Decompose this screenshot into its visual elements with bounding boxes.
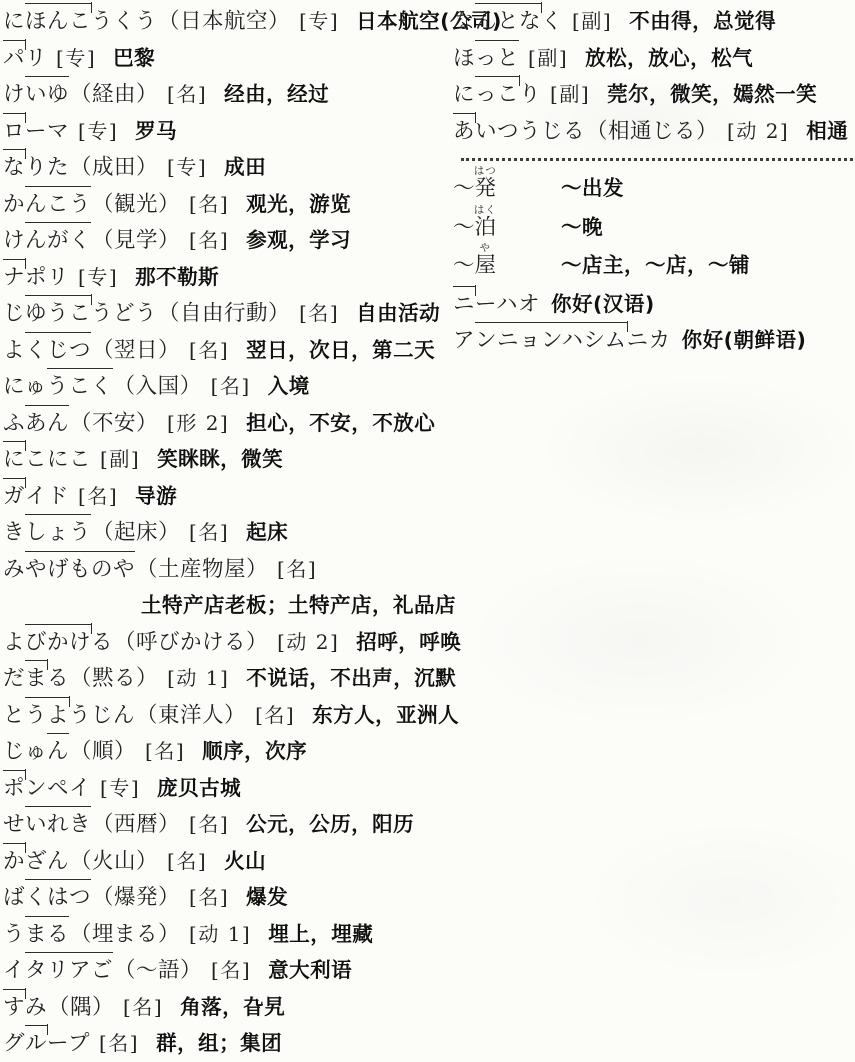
kanji-notation: （〜語） bbox=[114, 958, 202, 983]
kana-word: かざん bbox=[3, 849, 69, 874]
furigana: はく bbox=[474, 204, 497, 216]
kanji-notation: （火山） bbox=[70, 849, 158, 874]
kanji-notation: （東洋人） bbox=[136, 703, 246, 728]
suffix-kanji: 屋 bbox=[475, 253, 497, 278]
kana-word: じゅん bbox=[3, 739, 69, 764]
vocab-entry: にほんこうくう（日本航空）[专]日本航空(公司) bbox=[3, 3, 453, 40]
chinese-meaning: 火山 bbox=[224, 849, 266, 873]
vocab-entry: けいゆ（経由）[名]经由，经过 bbox=[3, 76, 453, 113]
dotted-divider bbox=[461, 158, 853, 161]
pos-tag: [专] bbox=[78, 119, 118, 143]
pos-tag: [名] bbox=[189, 520, 229, 544]
kana-word: にっこり bbox=[453, 82, 541, 107]
kana-segment-accented: ニ bbox=[453, 286, 475, 318]
chinese-meaning: 导游 bbox=[135, 484, 177, 508]
chinese-meaning: 爆发 bbox=[246, 885, 288, 909]
right-column-entries: なんとなく[副]不由得，总觉得ほっと[副]放松，放心，松气にっこり[副]莞尔，微… bbox=[453, 3, 855, 149]
vocab-entry: にこにこ[副]笑眯眯，微笑 bbox=[3, 441, 453, 478]
suffix-entry: 〜泊はく〜晚 bbox=[453, 204, 855, 243]
kana-segment: りた bbox=[25, 150, 69, 181]
chinese-meaning: 埋上，埋藏 bbox=[268, 922, 373, 946]
vocab-entry: よびかける（呼びかける）[动 2]招呼，呼唤 bbox=[3, 624, 453, 661]
vocab-entry: きしょう（起床）[名]起床 bbox=[3, 514, 453, 551]
chinese-meaning: 〜店主，〜店，〜铺 bbox=[561, 248, 750, 278]
vocab-entry: じゆうこうどう（自由行動）[名]自由活动 bbox=[3, 295, 453, 332]
tilde-mark: 〜 bbox=[453, 253, 475, 278]
vocab-entry: イタリアご（〜語）[名]意大利语 bbox=[3, 952, 453, 989]
kana-word: なんとなく bbox=[453, 9, 563, 34]
kanji-notation: （不安） bbox=[70, 411, 158, 436]
pos-tag: [专] bbox=[167, 155, 207, 179]
kanji-notation: （日本航空） bbox=[158, 9, 290, 34]
kanji-notation: （西暦） bbox=[92, 812, 180, 837]
pos-tag: [名] bbox=[189, 228, 229, 252]
vocab-entry: ばくはつ（爆発）[名]爆发 bbox=[3, 879, 453, 916]
kana-segment: こにこ bbox=[25, 442, 91, 473]
vocab-entry: けんがく（見学）[名]参观，学习 bbox=[3, 222, 453, 259]
kana-segment-accented: んこう bbox=[25, 186, 91, 218]
meaning-continuation: 土特产店老板；土特产店，礼品店 bbox=[3, 587, 453, 624]
kana-segment-accented: ゆうこ bbox=[25, 295, 91, 327]
kanji-notation: （順） bbox=[70, 739, 136, 764]
kana-segment-accented: ル bbox=[25, 1025, 47, 1057]
chinese-meaning: 笑眯眯，微笑 bbox=[157, 447, 283, 471]
kana-word: ふあん bbox=[3, 411, 69, 436]
vocab-entry: なりた（成田）[专]成田 bbox=[3, 149, 453, 186]
kana-word: にこにこ bbox=[3, 447, 91, 472]
kana-segment: うじん bbox=[69, 698, 135, 729]
kana-word: きしょう bbox=[3, 520, 91, 545]
kanji-notation: （埋まる） bbox=[70, 922, 180, 947]
kana-segment-accented: な bbox=[3, 149, 25, 181]
pos-tag: [形 2] bbox=[167, 411, 229, 435]
kana-segment-accented: ほんこ bbox=[25, 3, 91, 35]
kana-segment: う bbox=[3, 917, 25, 948]
kana-word: うまる bbox=[3, 922, 69, 947]
kanji-notation: （観光） bbox=[92, 192, 180, 217]
chinese-meaning: 翌日，次日，第二天 bbox=[246, 338, 435, 362]
pos-tag: [副] bbox=[550, 82, 590, 106]
chinese-meaning: 罗马 bbox=[135, 119, 177, 143]
pos-tag: [动 1] bbox=[189, 922, 251, 946]
kana-segment: ば bbox=[3, 880, 25, 911]
phrase-entry: ニーハオ你好(汉语) bbox=[453, 286, 855, 323]
kanji-notation: （呼びかける） bbox=[114, 630, 268, 655]
kana-segment: じゅ bbox=[3, 734, 47, 765]
vocab-entry: よくじつ（翌日）[名]翌日，次日，第二天 bbox=[3, 332, 453, 369]
kana-segment: ープ bbox=[47, 1026, 90, 1057]
kana-word: イタリアご bbox=[3, 958, 113, 983]
kanji-notation: （見学） bbox=[92, 228, 180, 253]
kana-segment: ーマ bbox=[25, 114, 69, 145]
kanji-with-furigana: 泊はく bbox=[475, 215, 497, 240]
suffix-kanji: 泊 bbox=[474, 215, 497, 240]
vocab-entry: あいつうじる（相通じる）[动 2]相通 bbox=[453, 113, 855, 150]
kana-word: けんがく bbox=[3, 228, 91, 253]
chinese-meaning: 相通 bbox=[806, 119, 848, 143]
kanji-notation: （自由行動） bbox=[158, 301, 290, 326]
kana-segment: せ bbox=[3, 807, 25, 838]
vocab-entry: うまる（埋まる）[动 1]埋上，埋藏 bbox=[3, 916, 453, 953]
kana-segment-accented: ロ bbox=[3, 113, 25, 145]
kana-segment-accented: ガ bbox=[3, 478, 25, 510]
vocab-entry: ナポリ[专]那不勒斯 bbox=[3, 259, 453, 296]
kana-segment: いつうじる bbox=[475, 114, 585, 145]
kana-word: ポンペイ bbox=[3, 776, 91, 801]
pos-tag: [名] bbox=[167, 849, 207, 873]
tilde-mark: 〜 bbox=[453, 176, 475, 201]
kana-segment-accented: ナ bbox=[3, 259, 25, 291]
chinese-meaning: 〜出发 bbox=[561, 171, 624, 201]
chinese-meaning: 公元，公历，阳历 bbox=[246, 812, 414, 836]
pos-tag: [副] bbox=[572, 9, 612, 33]
chinese-meaning: 庞贝古城 bbox=[157, 776, 241, 800]
kana-word: だまる bbox=[3, 666, 69, 691]
vocab-entry: せいれき（西暦）[名]公元，公历，阳历 bbox=[3, 806, 453, 843]
kana-segment: グ bbox=[3, 1026, 25, 1057]
kana-word: ほっと bbox=[453, 46, 519, 71]
kana-segment: み bbox=[3, 552, 25, 583]
kana-segment: イド bbox=[25, 479, 69, 510]
chinese-meaning: 担心，不安，不放心 bbox=[246, 411, 435, 435]
kanji-notation: （隅） bbox=[48, 995, 114, 1020]
kana-segment: ポリ bbox=[25, 260, 69, 291]
kanji-notation: （翌日） bbox=[92, 338, 180, 363]
pos-tag: [专] bbox=[56, 46, 96, 70]
chinese-meaning: 招呼，呼唤 bbox=[356, 630, 461, 654]
kana-segment: うどう bbox=[91, 296, 157, 327]
chinese-meaning: 巴黎 bbox=[113, 46, 155, 70]
kanji-notation: （入国） bbox=[114, 374, 202, 399]
pos-tag: [副] bbox=[528, 46, 568, 70]
kana-word: あいつうじる bbox=[453, 119, 585, 144]
kana-word: ナポリ bbox=[3, 265, 69, 290]
pos-tag: [名] bbox=[189, 885, 229, 909]
kana-word: にほんこうくう bbox=[3, 9, 157, 34]
kana-segment-accented: か bbox=[3, 843, 25, 875]
chinese-meaning: 莞尔，微笑，嫣然一笑 bbox=[607, 82, 817, 106]
chinese-meaning: 〜晚 bbox=[561, 210, 603, 240]
pos-tag: [动 2] bbox=[277, 630, 339, 654]
kanji-notation: （成田） bbox=[70, 155, 158, 180]
kana-segment: り bbox=[519, 77, 541, 108]
kana-segment-accented: いれき bbox=[25, 806, 91, 838]
kana-word: よくじつ bbox=[3, 338, 91, 363]
kanji-notation: （土産物屋） bbox=[136, 557, 268, 582]
kana-segment: な bbox=[453, 4, 475, 35]
kana-segment-accented: んとな bbox=[475, 3, 541, 35]
kana-segment: よ bbox=[3, 625, 25, 656]
kana-segment-accented: くじつ bbox=[25, 332, 91, 364]
kana-word: ニーハオ bbox=[453, 292, 540, 317]
kana-segment-accented: あん bbox=[25, 405, 69, 437]
chinese-meaning: 角落，旮旯 bbox=[180, 995, 285, 1019]
vocab-entry: ほっと[副]放松，放心，松气 bbox=[453, 40, 855, 77]
chinese-meaning: 顺序，次序 bbox=[202, 739, 307, 763]
vocab-entry: かんこう（観光）[名]观光，游览 bbox=[3, 186, 453, 223]
kanji-notation: （相通じる） bbox=[586, 119, 718, 144]
pos-tag: [专] bbox=[78, 265, 118, 289]
kana-segment: イ bbox=[3, 953, 25, 984]
suffix-kanji: 発 bbox=[474, 176, 497, 201]
pos-tag: [名] bbox=[277, 557, 317, 581]
chinese-meaning: 不由得，总觉得 bbox=[629, 9, 776, 33]
pos-tag: [名] bbox=[255, 703, 295, 727]
kana-segment: ニカ bbox=[627, 323, 671, 354]
vocab-entry: ガイド[名]导游 bbox=[3, 478, 453, 515]
kana-segment: だ bbox=[3, 661, 25, 692]
pos-tag: [名] bbox=[189, 338, 229, 362]
chinese-meaning: 入境 bbox=[268, 374, 310, 398]
pos-tag: [名] bbox=[211, 958, 251, 982]
kana-word: グループ bbox=[3, 1031, 90, 1056]
chinese-meaning: 意大利语 bbox=[268, 958, 352, 982]
kana-segment: き bbox=[3, 515, 25, 546]
tilde-mark: 〜 bbox=[453, 215, 475, 240]
suffix-word: 〜屋や bbox=[453, 242, 561, 279]
chinese-meaning: 东方人，亚洲人 bbox=[312, 703, 459, 727]
kana-segment: よ bbox=[3, 333, 25, 364]
kana-segment-accented: あ bbox=[453, 113, 475, 145]
pos-tag: [副] bbox=[100, 447, 140, 471]
vocab-entry: だまる（黙る）[动 1]不说话，不出声，沉默 bbox=[3, 660, 453, 697]
vocab-entry: すみ（隅）[名]角落，旮旯 bbox=[3, 989, 453, 1026]
vocab-entry: パリ[专]巴黎 bbox=[3, 40, 453, 77]
kana-segment: と bbox=[3, 698, 25, 729]
kana-segment: け bbox=[3, 223, 25, 254]
vocab-entry: みやげものや（土産物屋）[名] bbox=[3, 551, 453, 588]
kana-segment: ア bbox=[453, 323, 475, 354]
vocab-entry: ローマ[专]罗马 bbox=[3, 113, 453, 150]
pos-tag: [专] bbox=[100, 776, 140, 800]
kanji-with-furigana: 屋や bbox=[475, 253, 497, 278]
kana-segment: にゅ bbox=[3, 369, 47, 400]
pos-tag: [名] bbox=[211, 374, 251, 398]
kana-segment: に bbox=[453, 77, 475, 108]
chinese-meaning: 你好(朝鲜语) bbox=[682, 328, 807, 352]
kanji-notation: （経由） bbox=[70, 82, 158, 107]
pos-tag: [名] bbox=[189, 812, 229, 836]
chinese-meaning: 观光，游览 bbox=[246, 192, 351, 216]
kana-segment-accented: パ bbox=[3, 40, 25, 72]
left-column: にほんこうくう（日本航空）[专]日本航空(公司)パリ[专]巴黎けいゆ（経由）[名… bbox=[3, 3, 453, 1062]
kana-segment-accented: ポ bbox=[3, 770, 25, 802]
vocab-entry: ポンペイ[专]庞贝古城 bbox=[3, 770, 453, 807]
kana-segment-accented: いゆ bbox=[25, 76, 69, 108]
kana-segment-accented: タリアご bbox=[25, 952, 113, 984]
furigana: や bbox=[475, 242, 497, 254]
kana-segment: ほ bbox=[453, 41, 475, 72]
phrase-entry: アンニョンハシムニカ你好(朝鲜语) bbox=[453, 322, 855, 359]
kana-word: にゅうこく bbox=[3, 374, 113, 399]
suffix-word: 〜泊はく bbox=[453, 204, 561, 241]
kana-word: みやげものや bbox=[3, 557, 135, 582]
kana-segment: る bbox=[47, 661, 69, 692]
pos-tag: [名] bbox=[78, 484, 118, 508]
pos-tag: [动 1] bbox=[167, 666, 229, 690]
suffix-word: 〜発はつ bbox=[453, 165, 561, 202]
kana-segment-accented: びかけ bbox=[25, 624, 91, 656]
suffix-section: 〜発はつ〜出发〜泊はく〜晚〜屋や〜店主，〜店，〜铺 bbox=[453, 165, 855, 281]
kana-segment-accented: ンニョンハシム bbox=[475, 322, 627, 354]
kanji-with-furigana: 発はつ bbox=[475, 176, 497, 201]
kana-segment: リ bbox=[25, 41, 47, 72]
kana-word: なりた bbox=[3, 155, 69, 180]
kana-segment-accented: くはつ bbox=[25, 879, 91, 911]
chinese-meaning: 土特产店老板；土特产店，礼品店 bbox=[141, 593, 456, 617]
kana-segment-accented: に bbox=[3, 441, 25, 473]
phrase-section: ニーハオ你好(汉语)アンニョンハシムニカ你好(朝鲜语) bbox=[453, 286, 855, 359]
kana-segment: ふ bbox=[3, 406, 25, 437]
vocab-entry: ふあん（不安）[形 2]担心，不安，不放心 bbox=[3, 405, 453, 442]
kana-word: とうようじん bbox=[3, 703, 135, 728]
suffix-entry: 〜屋や〜店主，〜店，〜铺 bbox=[453, 242, 855, 281]
kana-segment: うくう bbox=[91, 4, 157, 35]
kana-segment: ーハオ bbox=[475, 287, 540, 318]
kana-word: よびかける bbox=[3, 630, 113, 655]
pos-tag: [名] bbox=[299, 301, 339, 325]
chinese-meaning: 你好(汉语) bbox=[551, 292, 655, 316]
kana-segment-accented: うよ bbox=[25, 697, 69, 729]
kana-word: パリ bbox=[3, 46, 47, 71]
chinese-meaning: 参观，学习 bbox=[246, 228, 351, 252]
pos-tag: [名] bbox=[99, 1031, 139, 1055]
kana-word: すみ bbox=[3, 995, 47, 1020]
kana-segment-accented: っと bbox=[475, 40, 519, 72]
kana-segment: じ bbox=[3, 296, 25, 327]
kana-segment-accented: ま bbox=[25, 660, 47, 692]
kana-segment: け bbox=[3, 77, 25, 108]
chinese-meaning: 成田 bbox=[224, 155, 266, 179]
pos-tag: [动 2] bbox=[727, 119, 789, 143]
kana-segment: く bbox=[541, 4, 563, 35]
chinese-meaning: 群，组；集团 bbox=[156, 1031, 282, 1055]
pos-tag: [名] bbox=[145, 739, 185, 763]
pos-tag: [名] bbox=[123, 995, 163, 1019]
furigana: はつ bbox=[474, 165, 497, 177]
kana-word: けいゆ bbox=[3, 82, 69, 107]
kana-word: アンニョンハシムニカ bbox=[453, 328, 671, 353]
chinese-meaning: 经由，经过 bbox=[224, 82, 329, 106]
chinese-meaning: 起床 bbox=[246, 520, 288, 544]
kana-word: ローマ bbox=[3, 119, 69, 144]
kana-segment-accented: っこ bbox=[475, 76, 519, 108]
vocab-page: にほんこうくう（日本航空）[专]日本航空(公司)パリ[专]巴黎けいゆ（経由）[名… bbox=[0, 0, 855, 1062]
suffix-entry: 〜発はつ〜出发 bbox=[453, 165, 855, 204]
chinese-meaning: 不说话，不出声，沉默 bbox=[246, 666, 456, 690]
chinese-meaning: 那不勒斯 bbox=[135, 265, 219, 289]
kana-word: かんこう bbox=[3, 192, 91, 217]
vocab-entry: とうようじん（東洋人）[名]东方人，亚洲人 bbox=[3, 697, 453, 734]
kana-segment-accented: す bbox=[3, 989, 25, 1021]
kana-segment: ンペイ bbox=[25, 771, 91, 802]
kana-word: ガイド bbox=[3, 484, 69, 509]
kana-segment: に bbox=[3, 4, 25, 35]
kana-segment-accented: まる bbox=[25, 916, 69, 948]
kanji-notation: （黙る） bbox=[70, 666, 158, 691]
right-column: なんとなく[副]不由得，总觉得ほっと[副]放松，放心，松气にっこり[副]莞尔，微… bbox=[453, 3, 855, 359]
kanji-notation: （起床） bbox=[92, 520, 180, 545]
kana-word: ばくはつ bbox=[3, 885, 91, 910]
kana-segment: か bbox=[3, 187, 25, 218]
kana-segment-accented: やげものや bbox=[25, 551, 135, 583]
kana-segment-accented: うこく bbox=[47, 368, 113, 400]
chinese-meaning: 放松，放心，松气 bbox=[585, 46, 753, 70]
chinese-meaning: 自由活动 bbox=[356, 301, 440, 325]
vocab-entry: にゅうこく（入国）[名]入境 bbox=[3, 368, 453, 405]
kana-segment: み bbox=[25, 990, 47, 1021]
kana-segment: ざん bbox=[25, 844, 69, 875]
kana-segment: る bbox=[91, 625, 113, 656]
kana-word: じゆうこうどう bbox=[3, 301, 157, 326]
kanji-notation: （爆発） bbox=[92, 885, 180, 910]
kana-segment-accented: ん bbox=[47, 733, 69, 765]
kana-segment-accented: しょう bbox=[25, 514, 91, 546]
pos-tag: [名] bbox=[167, 82, 207, 106]
vocab-entry: なんとなく[副]不由得，总觉得 bbox=[453, 3, 855, 40]
vocab-entry: かざん（火山）[名]火山 bbox=[3, 843, 453, 880]
pos-tag: [名] bbox=[189, 192, 229, 216]
kana-word: せいれき bbox=[3, 812, 91, 837]
vocab-entry: じゅん（順）[名]顺序，次序 bbox=[3, 733, 453, 770]
pos-tag: [专] bbox=[299, 9, 339, 33]
vocab-entry: にっこり[副]莞尔，微笑，嫣然一笑 bbox=[453, 76, 855, 113]
kana-segment-accented: んがく bbox=[25, 222, 91, 254]
vocab-entry: グループ[名]群，组；集团 bbox=[3, 1025, 453, 1062]
